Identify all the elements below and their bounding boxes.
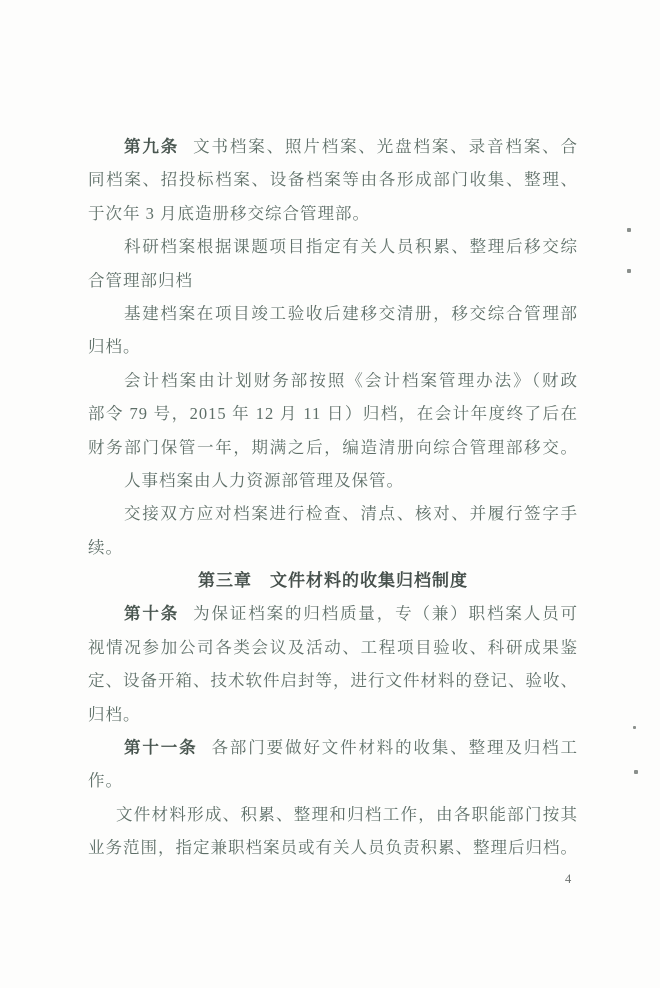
line-text: 于次年 3 月底造册移交综合管理部。 xyxy=(88,204,370,223)
paragraph-line: 文件材料形成、积累、整理和归档工作，由各职能部门按其 xyxy=(88,798,578,831)
document-body: 第九条文书档案、照片档案、光盘档案、录音档案、合 同档案、招投标档案、设备档案等… xyxy=(88,130,578,865)
article-number: 第十一条 xyxy=(124,738,197,757)
paragraph-line: 定、设备开箱、技术软件启封等，进行文件材料的登记、验收、 xyxy=(88,664,578,697)
line-text: 作。 xyxy=(88,771,123,790)
line-text: 为保证档案的归档质量，专（兼）职档案人员可 xyxy=(193,604,578,623)
line-text: 文书档案、照片档案、光盘档案、录音档案、合 xyxy=(193,137,578,156)
line-text: 会计档案由计划财务部按照《会计档案管理办法》（财政 xyxy=(124,371,578,390)
line-text: 合管理部归档 xyxy=(88,271,193,290)
scan-speck xyxy=(633,726,636,729)
paragraph-line: 归档。 xyxy=(88,330,578,363)
line-text: 归档。 xyxy=(88,337,141,356)
line-text: 同档案、招投标档案、设备档案等由各形成部门收集、整理、 xyxy=(88,170,578,189)
paragraph-line: 第十条为保证档案的归档质量，专（兼）职档案人员可 xyxy=(88,597,578,630)
document-page: 第九条文书档案、照片档案、光盘档案、录音档案、合 同档案、招投标档案、设备档案等… xyxy=(0,0,660,988)
scan-speck xyxy=(627,269,631,273)
article-number: 第九条 xyxy=(124,137,179,156)
paragraph-line: 视情况参加公司各类会议及活动、工程项目验收、科研成果鉴 xyxy=(88,631,578,664)
paragraph-line: 科研档案根据课题项目指定有关人员积累、整理后移交综 xyxy=(88,230,578,263)
chapter-heading: 第三章 文件材料的收集归档制度 xyxy=(88,564,578,597)
paragraph-line: 第九条文书档案、照片档案、光盘档案、录音档案、合 xyxy=(88,130,578,163)
paragraph-line: 归档。 xyxy=(88,698,578,731)
line-text: 文件材料形成、积累、整理和归档工作，由各职能部门按其 xyxy=(116,805,578,824)
line-text: 交接双方应对档案进行检查、清点、核对、并履行签字手 xyxy=(124,504,578,523)
paragraph-line: 作。 xyxy=(88,764,578,797)
paragraph-line: 部令 79 号，2015 年 12 月 11 日）归档，在会计年度终了后在 xyxy=(88,397,578,430)
paragraph-line: 基建档案在项目竣工验收后建移交清册，移交综合管理部 xyxy=(88,297,578,330)
line-text: 归档。 xyxy=(88,705,141,724)
paragraph-line: 合管理部归档 xyxy=(88,264,578,297)
line-text: 各部门要做好文件材料的收集、整理及归档工 xyxy=(211,738,578,757)
line-text: 业务范围，指定兼职档案员或有关人员负责积累、整理后归档。 xyxy=(88,838,578,857)
line-text: 基建档案在项目竣工验收后建移交清册，移交综合管理部 xyxy=(124,304,578,323)
paragraph-line: 于次年 3 月底造册移交综合管理部。 xyxy=(88,197,578,230)
scan-speck xyxy=(634,770,638,774)
paragraph-line: 第十一条各部门要做好文件材料的收集、整理及归档工 xyxy=(88,731,578,764)
line-text: 视情况参加公司各类会议及活动、工程项目验收、科研成果鉴 xyxy=(88,638,578,657)
paragraph-line: 会计档案由计划财务部按照《会计档案管理办法》（财政 xyxy=(88,364,578,397)
paragraph-line: 业务范围，指定兼职档案员或有关人员负责积累、整理后归档。 xyxy=(88,831,578,864)
line-text: 定、设备开箱、技术软件启封等，进行文件材料的登记、验收、 xyxy=(88,671,578,690)
paragraph-line: 财务部门保管一年，期满之后，编造清册向综合管理部移交。 xyxy=(88,431,578,464)
page-number: 4 xyxy=(565,872,571,887)
line-text: 科研档案根据课题项目指定有关人员积累、整理后移交综 xyxy=(124,237,578,256)
paragraph-line: 人事档案由人力资源部管理及保管。 xyxy=(88,464,578,497)
line-text: 财务部门保管一年，期满之后，编造清册向综合管理部移交。 xyxy=(88,438,578,457)
paragraph-line: 交接双方应对档案进行检查、清点、核对、并履行签字手 xyxy=(88,497,578,530)
line-text: 人事档案由人力资源部管理及保管。 xyxy=(124,471,404,490)
line-text: 续。 xyxy=(88,538,123,557)
line-text: 部令 79 号，2015 年 12 月 11 日）归档，在会计年度终了后在 xyxy=(88,404,578,423)
paragraph-line: 续。 xyxy=(88,531,578,564)
paragraph-line: 同档案、招投标档案、设备档案等由各形成部门收集、整理、 xyxy=(88,163,578,196)
scan-speck xyxy=(627,228,631,232)
article-number: 第十条 xyxy=(124,604,179,623)
